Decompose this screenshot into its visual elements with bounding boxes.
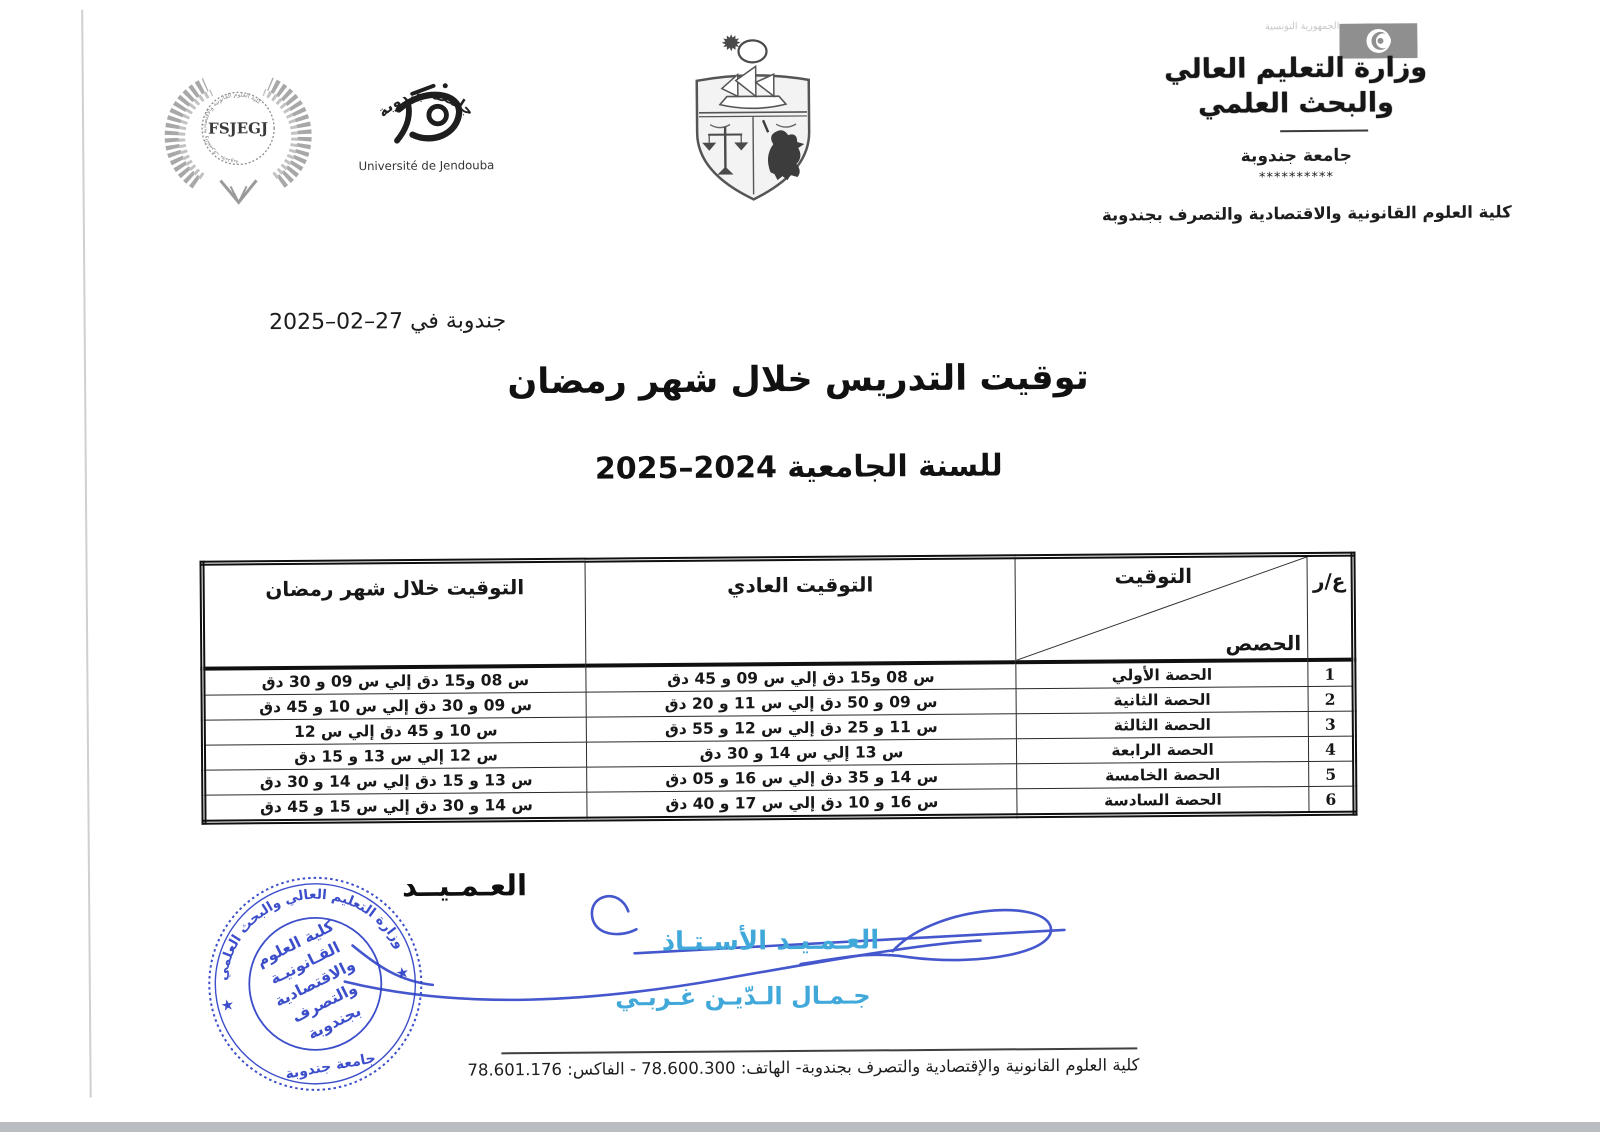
jendouba-logo-french-text: Université de Jendouba: [358, 158, 494, 173]
faculty-name: كلية العلوم القانونية والاقتصادية والتصر…: [1087, 202, 1527, 224]
jendouba-logo-arabic-text: جامعة جندوبة: [374, 86, 478, 121]
session-cell: الحصة الثالثة: [1016, 712, 1308, 739]
tunisia-coat-of-arms-icon: [681, 34, 824, 205]
ramadan-time-cell: س 10 و 45 دق إلي س 12: [203, 717, 586, 745]
ministry-name-line2: والبحث العلمي: [1116, 85, 1476, 122]
normal-time-cell: س 09 و 50 دق إلي س 11 و 20 دق: [586, 689, 1016, 717]
scan-bottom-edge: [0, 1122, 1600, 1132]
universite-jendouba-logo-icon: جامعة جندوبة Université de Jendouba: [345, 48, 506, 195]
ministry-name: وزارة التعليم العالي والبحث العلمي: [1116, 51, 1477, 123]
stamp-ring-bottom-text: جامعة جندوبة: [284, 1050, 377, 1082]
ramadan-time-cell: س 14 و 30 دق إلي س 15 و 45 دق: [204, 792, 587, 822]
schedule-table-container: ع/ر التوقيت الحصص التوقيت العادي التوقيت…: [199, 552, 1357, 825]
session-cell: الحصة الثانية: [1016, 687, 1308, 714]
normal-time-cell: س 08 و15 دق إلي س 09 و 45 دق: [586, 662, 1016, 692]
corner-label-sessions: الحصص: [1225, 631, 1301, 656]
stamp-star-left-icon: ★: [219, 995, 235, 1015]
esign-dean-title: العـمـيـد الأسـتـاذ: [620, 925, 920, 957]
fsjegj-laurel-logo-icon: كلية العلوم القانونية والاقتصادية والتصر…: [162, 54, 315, 211]
ramadan-time-cell: س 08 و15 دق إلي س 09 و 30 دق: [203, 666, 586, 696]
scan-left-edge: [81, 10, 92, 1098]
normal-time-cell: س 11 و 25 دق إلي س 12 و 55 دق: [586, 714, 1016, 742]
university-name: جامعة جندوبة: [1116, 145, 1476, 168]
date-line: جندوبة في 27–02–2025: [203, 308, 573, 336]
col-header-index: ع/ر: [1307, 554, 1354, 660]
footer-divider: [501, 1047, 1137, 1054]
normal-time-cell: س 13 إلي س 14 و 30 دق: [586, 739, 1016, 767]
ministry-name-line1: وزارة التعليم العالي: [1116, 51, 1476, 88]
col-header-normal-timing: التوقيت العادي: [585, 557, 1016, 666]
ramadan-time-cell: س 13 و 15 دق إلي س 14 و 30 دق: [204, 767, 587, 795]
col-header-ramadan-timing: التوقيت خلال شهر رمضان: [202, 560, 586, 669]
corner-label-timing: التوقيت: [1114, 564, 1192, 589]
document-sheet: كلية العلوم القانونية والاقتصادية والتصر…: [0, 0, 1600, 1132]
row-number-cell: 5: [1309, 761, 1355, 786]
col-header-corner: التوقيت الحصص: [1015, 555, 1308, 663]
esign-dean-name: جـمـال الـدّيـن غـربـي: [578, 981, 908, 1012]
ministry-divider: [1280, 130, 1368, 133]
ramadan-time-cell: س 09 و 30 دق إلي س 10 و 45 دق: [203, 692, 586, 720]
table-header-row: ع/ر التوقيت الحصص التوقيت العادي التوقيت…: [202, 554, 1354, 669]
normal-time-cell: س 14 و 35 دق إلي س 16 و 05 دق: [587, 764, 1017, 792]
session-cell: الحصة الرابعة: [1016, 737, 1308, 764]
scanned-document-page: كلية العلوم القانونية والاقتصادية والتصر…: [0, 0, 1600, 1132]
fsjegj-label: FSJEGJ: [208, 119, 268, 137]
svg-text:جامعة جندوبة: جامعة جندوبة: [374, 86, 478, 121]
row-number-cell: 4: [1308, 736, 1354, 761]
page-title: توقيت التدريس خلال شهر رمضان: [298, 356, 1298, 404]
row-number-cell: 2: [1308, 686, 1354, 711]
schedule-table: ع/ر التوقيت الحصص التوقيت العادي التوقيت…: [199, 552, 1357, 825]
session-cell: الحصة السادسة: [1017, 787, 1309, 816]
normal-time-cell: س 16 و 10 دق إلي س 17 و 40 دق: [587, 789, 1017, 819]
session-cell: الحصة الخامسة: [1017, 762, 1309, 789]
row-number-cell: 3: [1308, 711, 1354, 736]
stars-separator: **********: [1116, 169, 1476, 187]
row-number-cell: 1: [1308, 660, 1354, 687]
footer-contact: كلية العلوم القانونية والإقتصادية والتصر…: [403, 1055, 1203, 1080]
session-cell: الحصة الأولي: [1016, 660, 1308, 689]
ramadan-time-cell: س 12 إلي س 13 و 15 دق: [203, 742, 586, 770]
republic-faint-label: الجمهورية التونسية: [1239, 20, 1339, 35]
page-subtitle: للسنة الجامعية 2024–2025: [299, 446, 1299, 489]
row-number-cell: 6: [1309, 786, 1355, 813]
